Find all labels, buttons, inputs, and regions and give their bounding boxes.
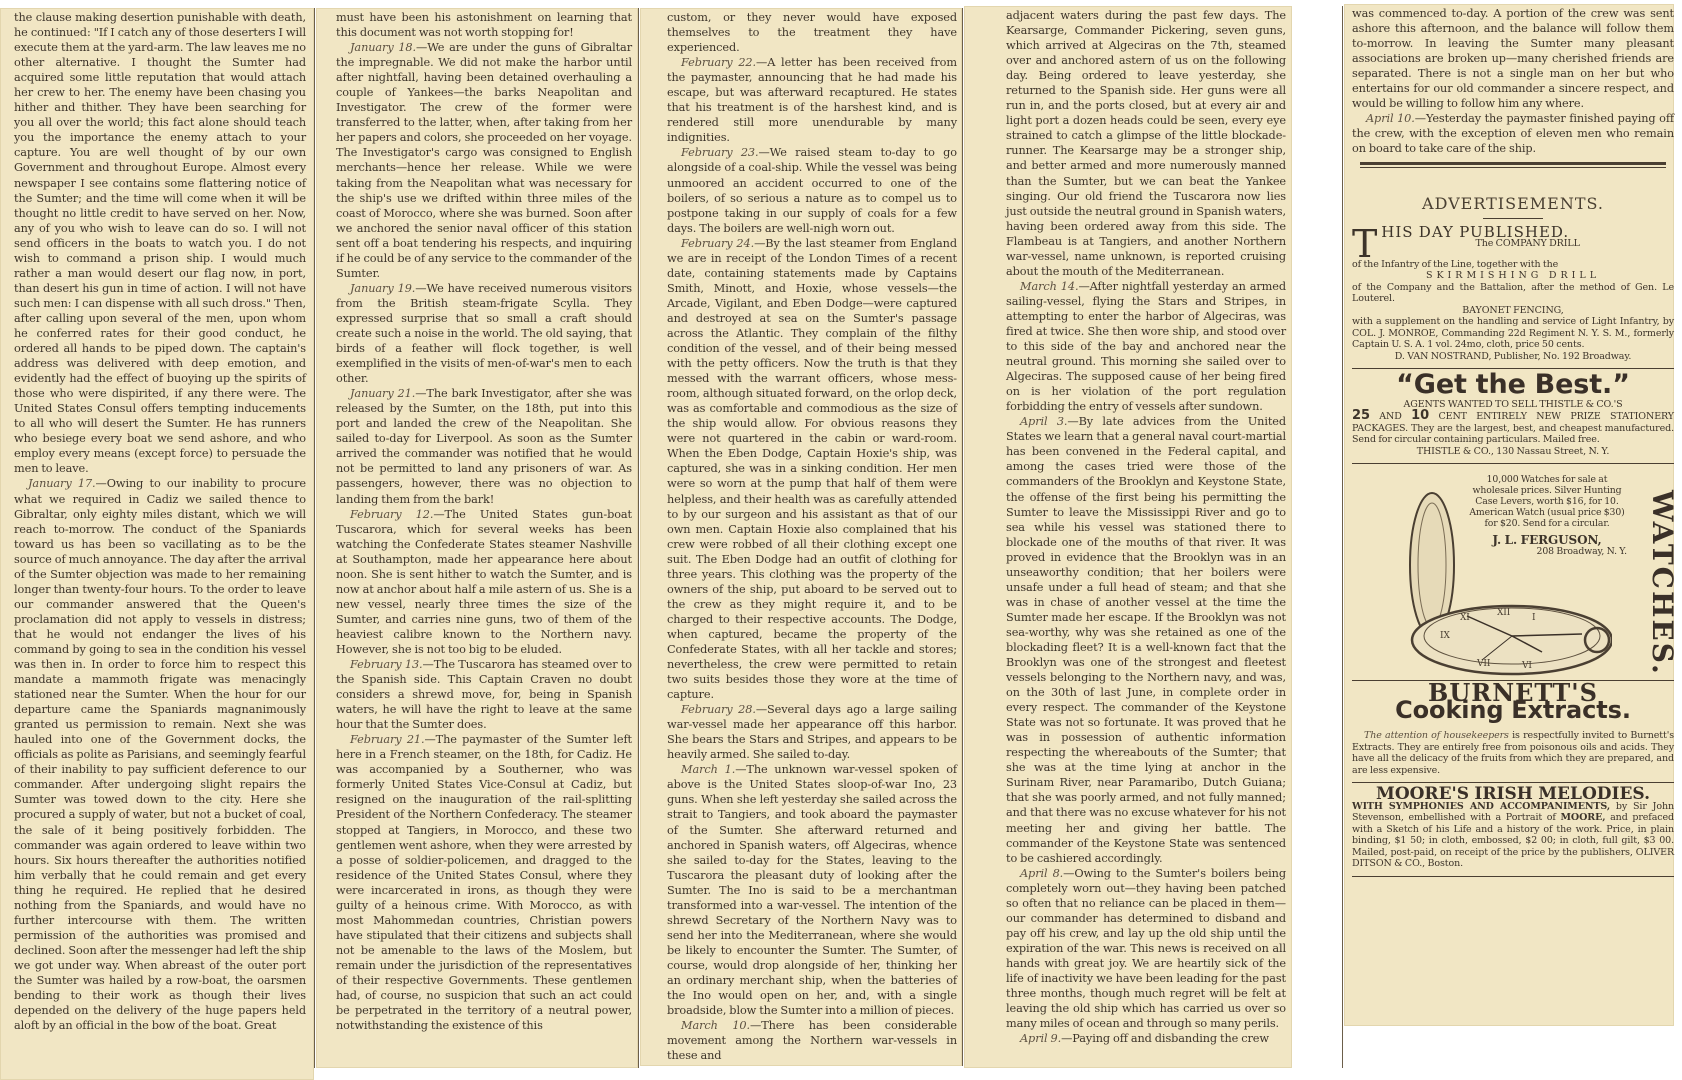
- entry-text: custom, or they never would have exposed…: [667, 11, 957, 54]
- advertisements-heading: ADVERTISEMENTS.: [1352, 196, 1674, 211]
- diary-entry: April 3.—By late advices from the United…: [1006, 414, 1286, 865]
- ad-watches: XI XII I IX VII VI 10,000 Watches for sa…: [1352, 470, 1674, 680]
- article-column-4: adjacent waters during the past few days…: [1006, 8, 1286, 1080]
- ad-text: 10,000 Watches for sale at wholesale pri…: [1467, 474, 1627, 529]
- entry-text: was commenced to-day. A portion of the c…: [1352, 7, 1674, 110]
- entry-text: —We are under the guns of Gibraltar the …: [336, 41, 632, 280]
- entry-text: must have been his astonishment on learn…: [336, 11, 632, 39]
- ad-get-the-best: “Get the Best.” AGENTS WANTED TO SELL TH…: [1352, 379, 1674, 457]
- article-column-1: the clause making desertion punishable w…: [14, 10, 306, 1080]
- entry-date: February 13.: [350, 658, 423, 671]
- ad-line: SKIRMISHING DRILL: [1352, 270, 1674, 282]
- ad-headline: “Get the Best.”: [1352, 379, 1674, 391]
- svg-text:XII: XII: [1497, 608, 1511, 618]
- svg-text:XI: XI: [1460, 613, 1470, 623]
- paragraph-continuation: the clause making desertion punishable w…: [14, 10, 306, 476]
- ad-body: The attention of housekeepers is respect…: [1352, 730, 1674, 776]
- watch-ad-text: 10,000 Watches for sale at wholesale pri…: [1467, 474, 1627, 557]
- entry-date: January 18.: [350, 41, 416, 54]
- entry-date: February 28.: [681, 703, 756, 716]
- ad-divider: [1352, 463, 1674, 464]
- entry-text: —The United States gun-boat Tuscarora, w…: [336, 508, 632, 656]
- price-25: 25: [1352, 408, 1370, 423]
- advertiser-address: 208 Broadway, N. Y.: [1467, 546, 1627, 557]
- entry-text: —The paymaster of the Sumter left here i…: [336, 733, 632, 1032]
- entry-text: —Owing to the Sumter's boilers being com…: [1006, 867, 1286, 1030]
- diary-entry: February 13.—The Tuscarora has steamed o…: [336, 657, 632, 732]
- diary-entry: April 8.—Owing to the Sumter's boilers b…: [1006, 866, 1286, 1032]
- ad-publisher: D. VAN NOSTRAND, Publisher, No. 192 Broa…: [1352, 351, 1674, 363]
- ad-intro: The attention of housekeepers: [1364, 730, 1509, 741]
- col4-body: adjacent waters during the past few days…: [1006, 8, 1286, 1046]
- ad-company-drill: T HIS DAY PUBLISHED. The COMPANY DRILL o…: [1352, 227, 1674, 363]
- diary-entry: January 18.—We are under the guns of Gib…: [336, 40, 632, 281]
- paragraph-continuation: custom, or they never would have exposed…: [667, 10, 957, 55]
- entry-text: the clause making desertion punishable w…: [14, 11, 306, 475]
- ad-divider: [1352, 782, 1674, 783]
- diary-entry: January 19.—We have received numerous vi…: [336, 281, 632, 386]
- entry-text: —The bark Investigator, after she was re…: [336, 387, 632, 505]
- ad-burnetts: BURNETT'S Cooking Extracts. The attentio…: [1352, 687, 1674, 776]
- entry-date: February 12.: [350, 508, 433, 521]
- ad-line: of the Company and the Battalion, after …: [1352, 282, 1674, 305]
- article-column-5: was commenced to-day. A portion of the c…: [1352, 6, 1674, 883]
- entry-date: January 19.: [350, 282, 415, 295]
- price-10: 10: [1411, 408, 1429, 423]
- col1-body: the clause making desertion punishable w…: [14, 10, 306, 1033]
- ad-moores-melodies: MOORE'S IRISH MELODIES. WITH SYMPHONIES …: [1352, 789, 1674, 870]
- svg-text:VII: VII: [1476, 659, 1491, 669]
- entry-text: —The unknown war-vessel spoken of above …: [667, 763, 957, 1017]
- paragraph-continuation: adjacent waters during the past few days…: [1006, 8, 1286, 279]
- column-rule: [962, 8, 963, 1066]
- heading-rule: [1483, 218, 1543, 219]
- col2-body: must have been his astonishment on learn…: [336, 10, 632, 1033]
- diary-entry: February 28.—Several days ago a large sa…: [667, 702, 957, 762]
- ad-text: AND: [1370, 411, 1411, 422]
- ad-line: AGENTS WANTED TO SELL THISTLE & CO.'S: [1352, 399, 1674, 411]
- entry-text: —Paying off and disbanding the crew: [1061, 1032, 1269, 1045]
- ad-body: 25 AND 10 CENT ENTIRELY NEW PRIZE STATIO…: [1352, 410, 1674, 446]
- diary-entry: February 23.—We raised steam to-day to g…: [667, 145, 957, 235]
- entry-date: April 3.: [1020, 415, 1067, 428]
- ad-divider: [1352, 876, 1674, 877]
- entry-text: —By the last steamer from England we are…: [667, 237, 957, 701]
- diary-entry: April 10.—Yesterday the paymaster finish…: [1352, 111, 1674, 156]
- entry-date: March 1.: [681, 763, 735, 776]
- svg-text:VI: VI: [1521, 661, 1532, 671]
- paragraph-continuation: was commenced to-day. A portion of the c…: [1352, 6, 1674, 111]
- ad-line: BAYONET FENCING,: [1352, 305, 1674, 317]
- entry-text: —We raised steam to-day to go alongside …: [667, 146, 957, 234]
- ad-line: of the Infantry of the Line, together wi…: [1352, 259, 1674, 271]
- svg-text:I: I: [1532, 613, 1536, 623]
- col3-body: custom, or they never would have exposed…: [667, 10, 957, 1063]
- entry-date: April 10.: [1366, 112, 1415, 125]
- diary-entry: February 21.—The paymaster of the Sumter…: [336, 732, 632, 1033]
- article-column-3: custom, or they never would have exposed…: [667, 10, 957, 1080]
- entry-text: —After nightfall yesterday an armed sail…: [1006, 280, 1286, 413]
- entry-text: —By late advices from the United States …: [1006, 415, 1286, 864]
- diary-entry: January 21.—The bark Investigator, after…: [336, 386, 632, 506]
- diary-entry: March 10.—There has been considerable mo…: [667, 1018, 957, 1063]
- paragraph-continuation: must have been his astonishment on learn…: [336, 10, 632, 40]
- entry-date: March 14.: [1020, 280, 1078, 293]
- ad-lead: WITH SYMPHONIES AND ACCOMPANIMENTS,: [1352, 801, 1610, 812]
- svg-text:IX: IX: [1440, 631, 1450, 641]
- entry-text: —A letter has been received from the pay…: [667, 56, 957, 144]
- advertiser-name: J. L. FERGUSON,: [1467, 535, 1627, 546]
- section-divider: [1360, 162, 1666, 168]
- entry-date: April 9.: [1020, 1032, 1061, 1045]
- article-column-2: must have been his astonishment on learn…: [336, 10, 632, 1080]
- ad-address: THISTLE & CO., 130 Nassau Street, N. Y.: [1352, 446, 1674, 458]
- ad-title: HIS DAY PUBLISHED.: [1352, 227, 1674, 239]
- col5-body: was commenced to-day. A portion of the c…: [1352, 6, 1674, 156]
- ad-body: WITH SYMPHONIES AND ACCOMPANIMENTS, by S…: [1352, 801, 1674, 870]
- column-rule: [314, 8, 315, 1068]
- diary-entry: March 14.—After nightfall yesterday an a…: [1006, 279, 1286, 414]
- drop-cap: T: [1352, 229, 1377, 259]
- ad-title: MOORE'S IRISH MELODIES.: [1352, 789, 1674, 801]
- entry-date: January 17.: [28, 477, 96, 490]
- entry-date: February 23.: [681, 146, 758, 159]
- diary-entry: January 17.—Owing to our inability to pr…: [14, 476, 306, 1033]
- diary-entry: April 9.—Paying off and disbanding the c…: [1006, 1031, 1286, 1046]
- entry-date: January 21.: [350, 387, 415, 400]
- diary-entry: February 12.—The United States gun-boat …: [336, 507, 632, 657]
- diary-entry: February 24.—By the last steamer from En…: [667, 236, 957, 702]
- entry-text: adjacent waters during the past few days…: [1006, 9, 1286, 278]
- watches-vertical-label: WATCHES.: [1657, 490, 1669, 676]
- entry-text: —We have received numerous visitors from…: [336, 282, 632, 385]
- entry-date: February 21.: [350, 733, 424, 746]
- diary-entry: February 22.—A letter has been received …: [667, 55, 957, 145]
- column-rule: [638, 8, 639, 1068]
- entry-date: March 10.: [681, 1019, 750, 1032]
- column-rule: [1342, 6, 1343, 1068]
- diary-entry: March 1.—The unknown war-vessel spoken o…: [667, 762, 957, 1018]
- ad-product: Cooking Extracts.: [1352, 705, 1674, 717]
- entry-date: February 22.: [681, 56, 756, 69]
- entry-text: —Owing to our inability to procure what …: [14, 477, 306, 1032]
- entry-date: February 24.: [681, 237, 754, 250]
- ad-bold: MOORE,: [1561, 812, 1606, 823]
- entry-date: April 8.: [1020, 867, 1063, 880]
- ad-line: with a supplement on the handling and se…: [1352, 316, 1674, 351]
